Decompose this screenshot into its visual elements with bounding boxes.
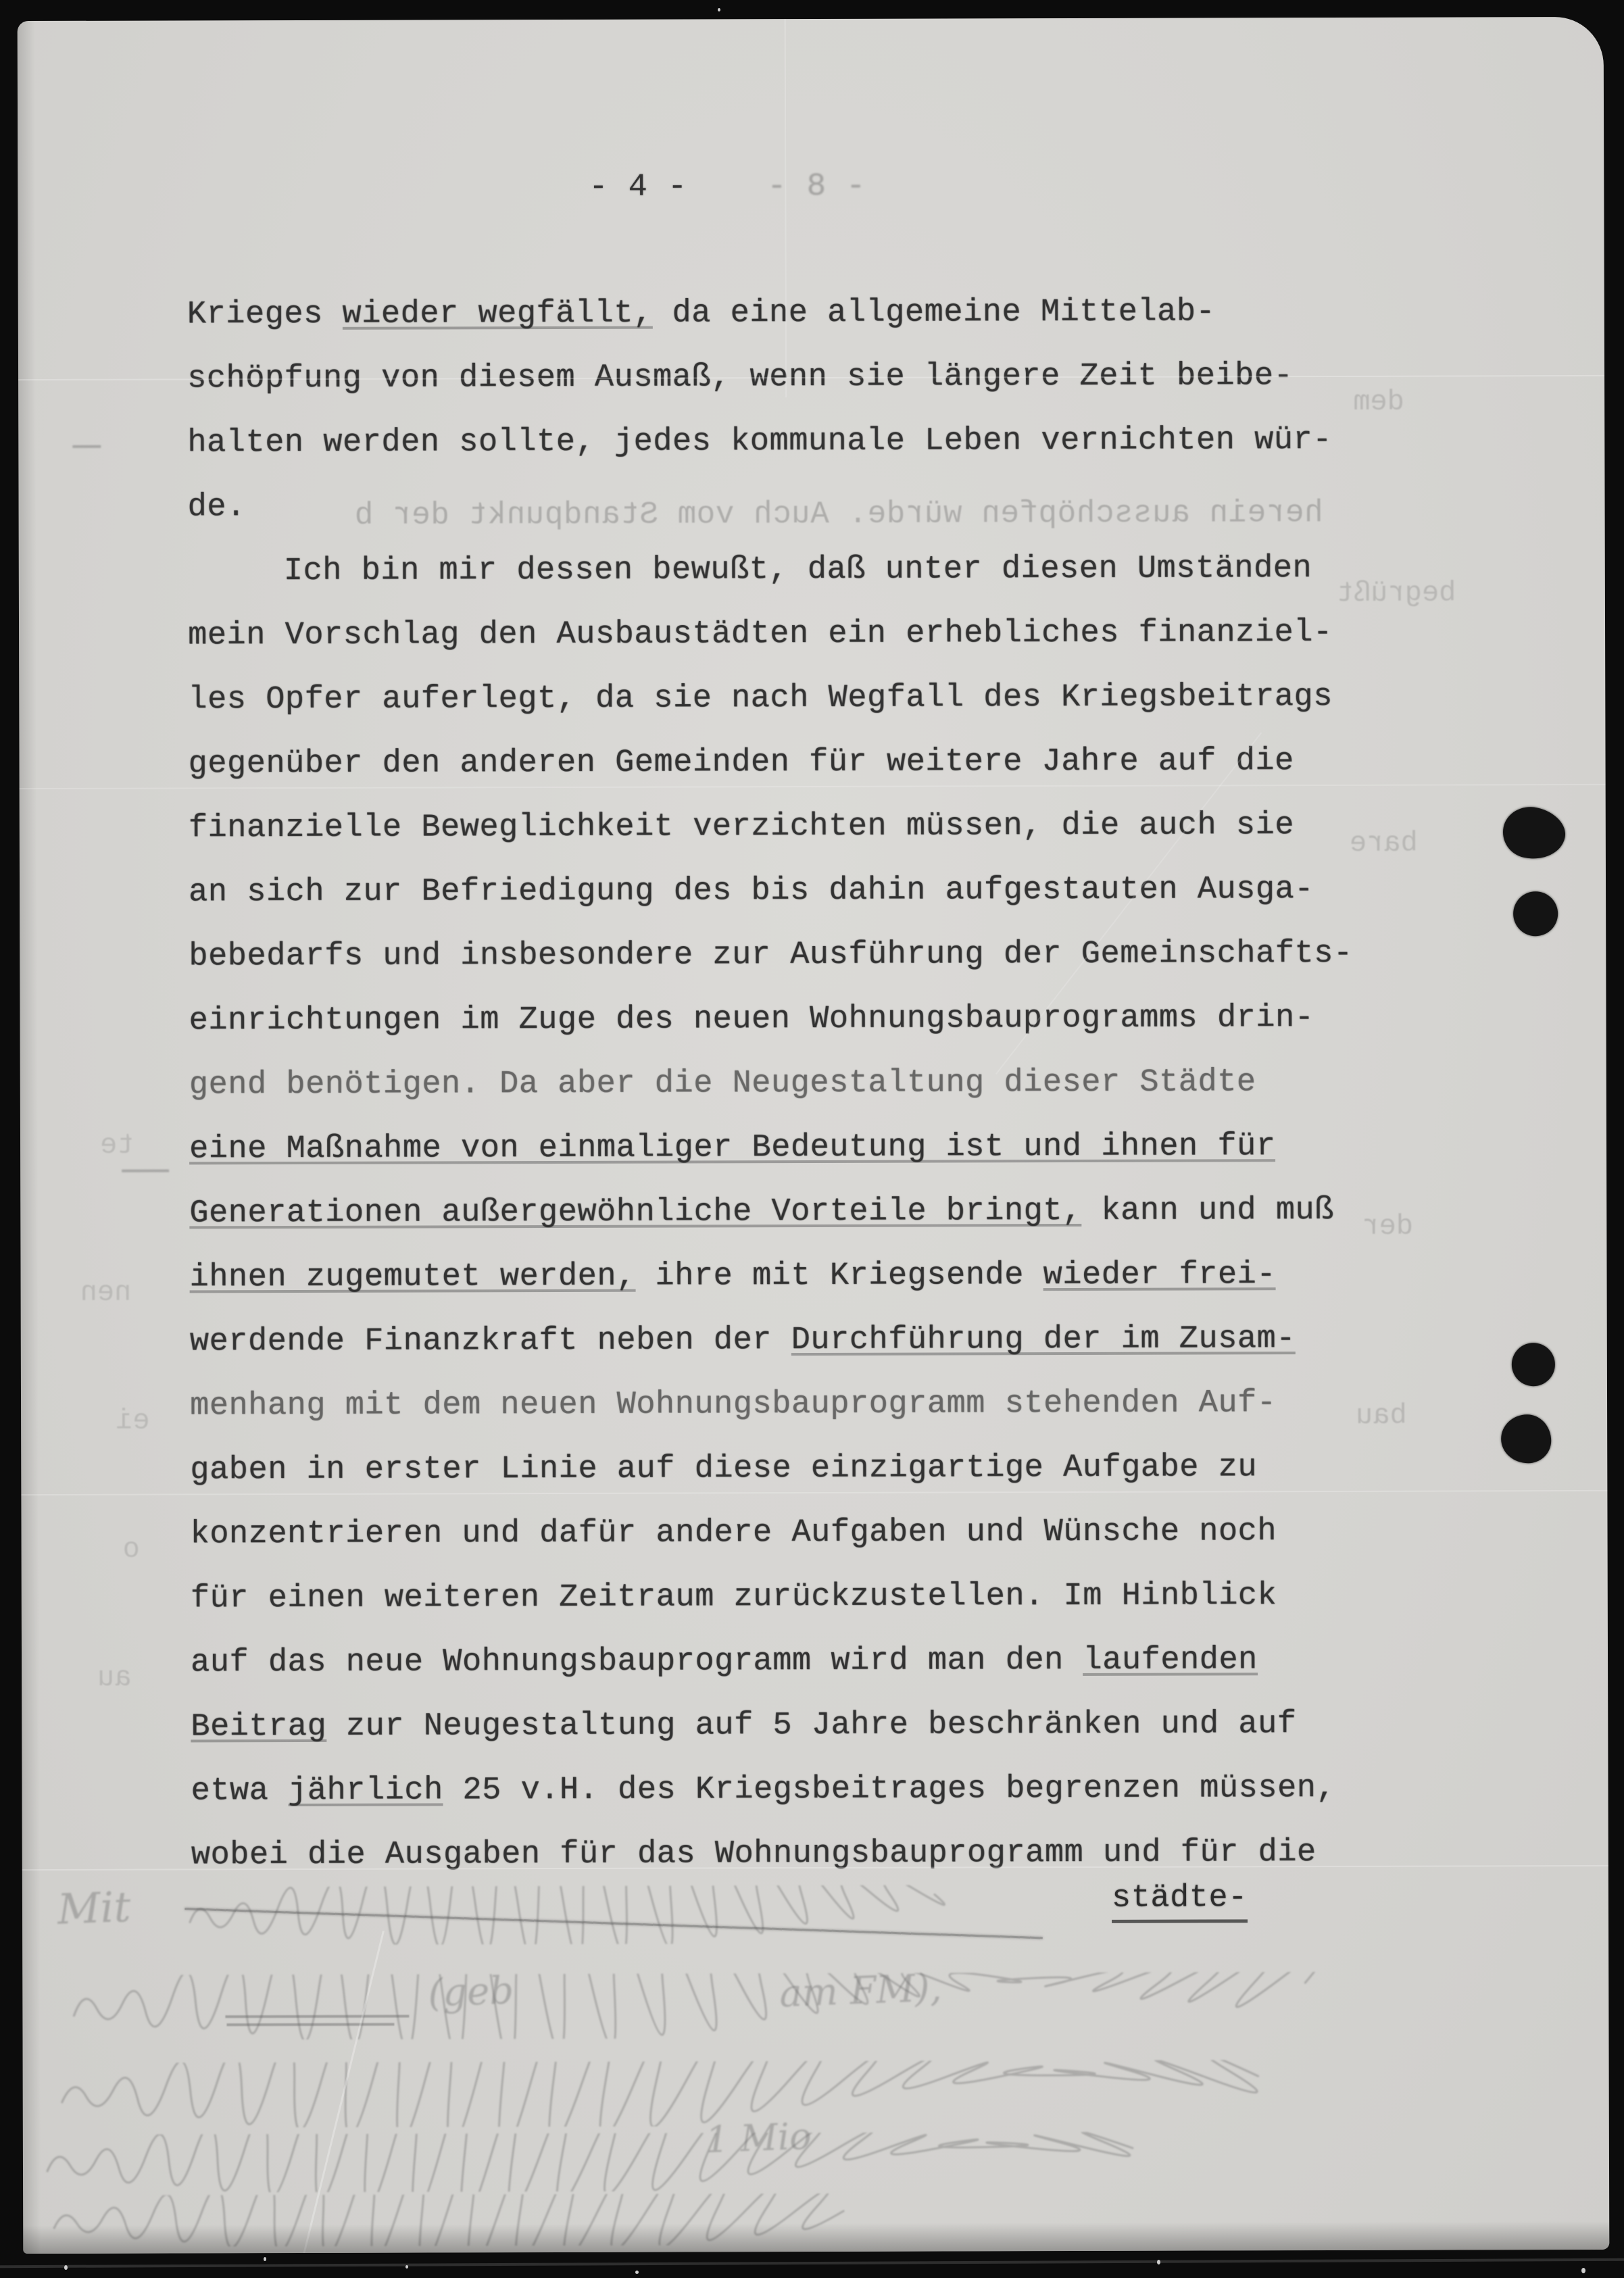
typed-line: Generationen außergewöhnliche Vorteile b… xyxy=(189,1179,1399,1246)
typed-line: mein Vorschlag den Ausbaustädten ein erh… xyxy=(188,601,1398,668)
typed-line: Beitrag zur Neugestaltung auf 5 Jahre be… xyxy=(191,1692,1400,1760)
bleed-through-fragment: ei xyxy=(116,1405,150,1437)
punch-hole-mark xyxy=(1513,891,1558,936)
typed-line: gend benötigen. Da aber die Neugestaltun… xyxy=(189,1050,1399,1118)
dust-speck xyxy=(64,2265,68,2270)
dust-speck xyxy=(264,2257,266,2261)
bleed-through-fragment: dem xyxy=(1353,386,1404,418)
handwriting-fragment: Mit xyxy=(57,1882,132,1934)
underlined-text: jährlich xyxy=(288,1773,443,1809)
text-segment: gend benötigen. Da aber die Neugestaltun… xyxy=(189,1064,1256,1103)
crease-line xyxy=(785,19,787,397)
typed-line: konzentrieren und dafür andere Aufgaben … xyxy=(190,1500,1400,1567)
dust-speck xyxy=(718,8,720,11)
bleed-through-fragment: te xyxy=(100,1129,134,1162)
text-segment: halten werden sollte, jedes kommunale Le… xyxy=(187,422,1332,461)
bleed-through-verso-line: herein ausschöpfen würde. Auch vom Stand… xyxy=(228,495,1323,533)
underlined-text: laufenden xyxy=(1083,1642,1257,1679)
pencil-underline xyxy=(226,2023,394,2027)
document-page: - 4 -- 8 - Krieges wieder wegfällt, da e… xyxy=(18,17,1610,2254)
bleed-through-fragment: bare xyxy=(1350,827,1418,860)
typed-line: Krieges wieder wegfällt, da eine allgeme… xyxy=(187,280,1397,347)
underlined-text: wieder wegfällt, xyxy=(342,296,652,332)
punch-hole-mark xyxy=(1498,802,1570,865)
text-segment: kann und muß xyxy=(1082,1193,1334,1229)
bleed-through-fragment: o xyxy=(123,1533,140,1566)
scanner-artifact-line xyxy=(0,2258,1624,2268)
text-segment: an sich zur Befriedigung des bis dahin a… xyxy=(189,872,1314,910)
text-segment: Krieges xyxy=(187,297,343,333)
typed-line: eine Maßnahme von einmaliger Bedeutung i… xyxy=(189,1114,1399,1182)
scanned-document-canvas: - 4 -- 8 - Krieges wieder wegfällt, da e… xyxy=(0,0,1624,2278)
typed-line: an sich zur Befriedigung des bis dahin a… xyxy=(189,858,1398,925)
text-segment: gegenüber den anderen Gemeinden für weit… xyxy=(188,743,1294,782)
dust-speck xyxy=(635,2271,639,2274)
typed-line: wobei die Ausgaben für das Wohnungsbaupr… xyxy=(191,1821,1401,1888)
handwriting-fragment: 1 Mio xyxy=(705,2114,812,2161)
typed-line: werdende Finanzkraft neben der Durchführ… xyxy=(190,1307,1400,1375)
punch-hole-mark xyxy=(1501,1414,1551,1463)
typed-line: les Opfer auferlegt, da sie nach Wegfall… xyxy=(188,665,1398,733)
typed-line: für einen weiteren Zeitraum zurückzustel… xyxy=(191,1564,1400,1631)
handwriting-scribble xyxy=(50,2193,1050,2247)
text-segment: menhang mit dem neuen Wohnungsbauprogram… xyxy=(190,1385,1277,1424)
text-segment: bebedarfs und insbesondere zur Ausführun… xyxy=(189,936,1352,975)
typed-line: finanzielle Beweglichkeit verzichten müs… xyxy=(189,793,1398,861)
pencil-margin-mark xyxy=(122,1169,169,1172)
bleed-through-fragment: der xyxy=(1362,1210,1413,1243)
text-segment: für einen weiteren Zeitraum zurückzustel… xyxy=(191,1578,1277,1616)
underlined-text: wieder frei- xyxy=(1043,1257,1276,1293)
text-segment: einrichtungen im Zuge des neuen Wohnungs… xyxy=(189,1000,1314,1039)
text-segment: finanzielle Beweglichkeit verzichten müs… xyxy=(189,808,1294,846)
page-number: - 4 - xyxy=(589,169,687,205)
text-segment: mein Vorschlag den Ausbaustädten ein erh… xyxy=(188,615,1333,653)
typed-line: auf das neue Wohnungsbauprogramm wird ma… xyxy=(191,1628,1400,1695)
bleed-through-fragment: bau xyxy=(1356,1400,1407,1432)
page-header: - 4 -- 8 - xyxy=(589,169,866,205)
text-segment: zur Neugestaltung auf 5 Jahre beschränke… xyxy=(326,1706,1296,1745)
typed-line: menhang mit dem neuen Wohnungsbauprogram… xyxy=(190,1371,1400,1439)
text-segment: ihre mit Kriegsende xyxy=(636,1258,1043,1295)
bleed-through-fragment: nen xyxy=(80,1277,132,1309)
text-segment: da eine allgemeine Mittelab- xyxy=(653,294,1216,331)
text-segment: werdende Finanzkraft neben der xyxy=(190,1322,791,1360)
underlined-text: ihnen zugemutet werden, xyxy=(189,1259,635,1296)
text-segment: Ich bin mir dessen bewußt, daß unter die… xyxy=(284,551,1312,589)
typed-line: halten werden sollte, jedes kommunale Le… xyxy=(187,408,1397,476)
trailing-word: städte- xyxy=(1112,1880,1248,1923)
underlined-text: Generationen außergewöhnliche Vorteile b… xyxy=(189,1193,1082,1231)
page-number-faint: - 8 - xyxy=(767,169,866,205)
handwriting-scribble xyxy=(184,1885,1009,1945)
typed-line: einrichtungen im Zuge des neuen Wohnungs… xyxy=(189,986,1398,1054)
typed-line: Ich bin mir dessen bewußt, daß unter die… xyxy=(188,537,1398,604)
dust-speck xyxy=(1157,2260,1160,2264)
underlined-text: Durchführung der im Zusam- xyxy=(791,1321,1296,1358)
dust-speck xyxy=(405,2265,408,2269)
text-segment: 25 v.H. des Kriegsbeitrages begrenzen mü… xyxy=(443,1771,1336,1808)
typed-line: bebedarfs und insbesondere zur Ausführun… xyxy=(189,922,1398,989)
text-segment: auf das neue Wohnungsbauprogramm wird ma… xyxy=(191,1643,1083,1681)
pencil-margin-mark xyxy=(72,445,101,448)
typed-line: ihnen zugemutet werden, ihre mit Kriegse… xyxy=(189,1243,1399,1310)
bleed-through-fragment: au xyxy=(97,1662,132,1694)
underlined-text: eine Maßnahme von einmaliger Bedeutung i… xyxy=(189,1129,1276,1167)
handwriting-fragment: (geb xyxy=(427,1969,514,2016)
dust-speck xyxy=(1581,2268,1585,2273)
text-segment: gaben in erster Linie auf diese einzigar… xyxy=(190,1450,1257,1488)
pencil-underline xyxy=(225,2015,409,2019)
text-segment: etwa xyxy=(191,1773,288,1809)
text-segment: les Opfer auferlegt, da sie nach Wegfall… xyxy=(188,679,1333,718)
text-segment: konzentrieren und dafür andere Aufgaben … xyxy=(190,1514,1277,1552)
punch-hole-mark xyxy=(1512,1343,1555,1386)
underlined-text: Beitrag xyxy=(191,1709,326,1745)
typed-line: etwa jährlich 25 v.H. des Kriegsbeitrage… xyxy=(191,1756,1400,1824)
handwriting-fragment: am FM), xyxy=(779,1966,942,2016)
bleed-through-fragment: begrüßt xyxy=(1337,577,1456,610)
